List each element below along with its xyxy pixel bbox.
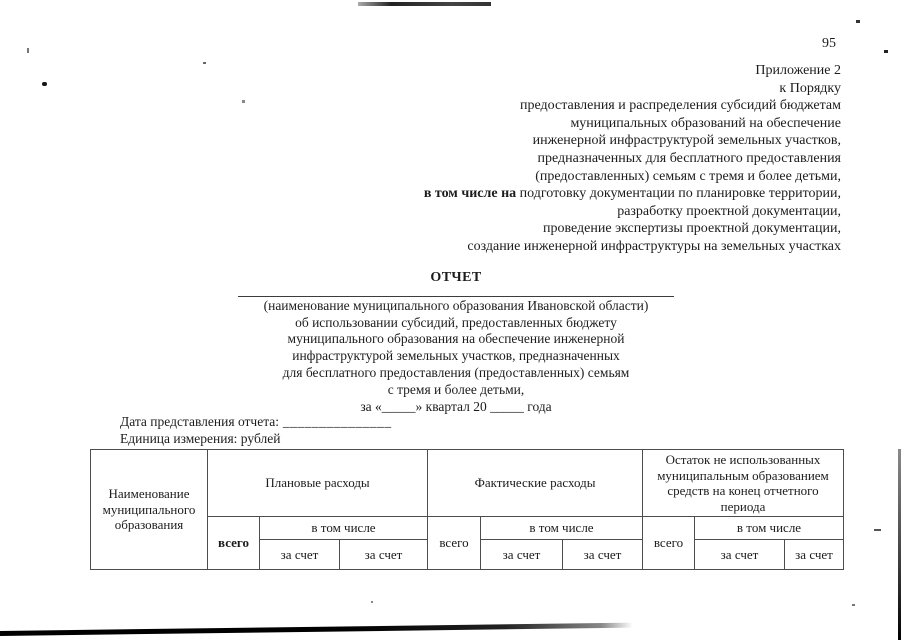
report-title: ОТЧЕТ	[228, 270, 684, 287]
header-line: муниципальных образований на обеспечение	[424, 115, 841, 133]
measure-unit-line: Единица измерения: рублей	[120, 431, 392, 448]
scan-speck	[884, 50, 888, 53]
scan-speck	[371, 601, 373, 603]
scan-speck	[242, 100, 245, 103]
table-header-remainder: Остаток не использованных муниципальным …	[643, 450, 844, 517]
scan-speck	[203, 62, 206, 64]
report-period-line: за «_____» квартал 20 _____ года	[228, 399, 684, 416]
report-line: об использовании субсидий, предоставленн…	[228, 315, 684, 332]
scan-speck	[852, 604, 855, 606]
report-meta: Дата представления отчета: _____________…	[120, 414, 392, 447]
table-header-remainder-source2: за счет	[785, 540, 844, 570]
table-header-planned-source1: за счет	[260, 540, 340, 570]
scan-speck	[856, 20, 860, 23]
header-line: проведение экспертизы проектной документ…	[424, 220, 841, 238]
scan-speck	[874, 529, 881, 531]
report-line: муниципального образования на обеспечени…	[228, 331, 684, 348]
scan-speck	[27, 48, 29, 53]
report-line: с тремя и более детьми,	[228, 382, 684, 399]
table-header-actual: Фактические расходы	[428, 450, 643, 517]
header-bold-prefix: в том числе на	[424, 186, 516, 201]
scan-artifact-right-line	[898, 449, 901, 640]
table-header-planned-source2: за счет	[340, 540, 428, 570]
report-caption: (наименование муниципального образования…	[228, 298, 684, 315]
header-line: к Порядку	[424, 80, 841, 98]
table-header-remainder-including: в том числе	[695, 517, 844, 540]
scan-artifact-top-line	[358, 2, 491, 6]
fill-in-underline	[238, 296, 674, 297]
table-header-planned: Плановые расходы	[208, 450, 428, 517]
scan-artifact-bottom-line	[0, 623, 633, 636]
header-line-rest: подготовку документации по планировке те…	[516, 186, 841, 201]
report-heading-block: ОТЧЕТ (наименование муниципального образ…	[228, 270, 684, 415]
appendix-header: Приложение 2 к Порядку предоставления и …	[424, 62, 841, 256]
table-header-remainder-total: всего	[643, 517, 695, 570]
report-date-line: Дата представления отчета: _____________…	[120, 414, 392, 431]
page-number: 95	[812, 36, 846, 52]
header-line-emphasis: в том числе на подготовку документации п…	[424, 185, 841, 203]
header-line: создание инженерной инфраструктуры на зе…	[424, 238, 841, 256]
header-line: предоставления и распределения субсидий …	[424, 97, 841, 115]
report-line: инфраструктурой земельных участков, пред…	[228, 348, 684, 365]
scan-speck	[42, 82, 47, 86]
report-date-label: Дата представления отчета:	[120, 414, 279, 429]
table-header-remainder-source1: за счет	[695, 540, 785, 570]
table-header-actual-source2: за счет	[563, 540, 643, 570]
header-line: инженерной инфраструктурой земельных уча…	[424, 132, 841, 150]
report-table: Наименование муниципального образования …	[90, 449, 844, 570]
header-line: предназначенных для бесплатного предоста…	[424, 150, 841, 168]
table-header-planned-including: в том числе	[260, 517, 428, 540]
table-header-municipality: Наименование муниципального образования	[91, 450, 208, 570]
table-header-actual-source1: за счет	[481, 540, 563, 570]
report-line: для бесплатного предоставления (предоста…	[228, 365, 684, 382]
header-line: (предоставленных) семьям с тремя и более…	[424, 168, 841, 186]
table-header-actual-including: в том числе	[481, 517, 643, 540]
report-date-blank: _______________	[279, 414, 392, 429]
header-line: Приложение 2	[424, 62, 841, 80]
header-line: разработку проектной документации,	[424, 203, 841, 221]
table-header-actual-total: всего	[428, 517, 481, 570]
table-header-planned-total: всего	[208, 517, 260, 570]
